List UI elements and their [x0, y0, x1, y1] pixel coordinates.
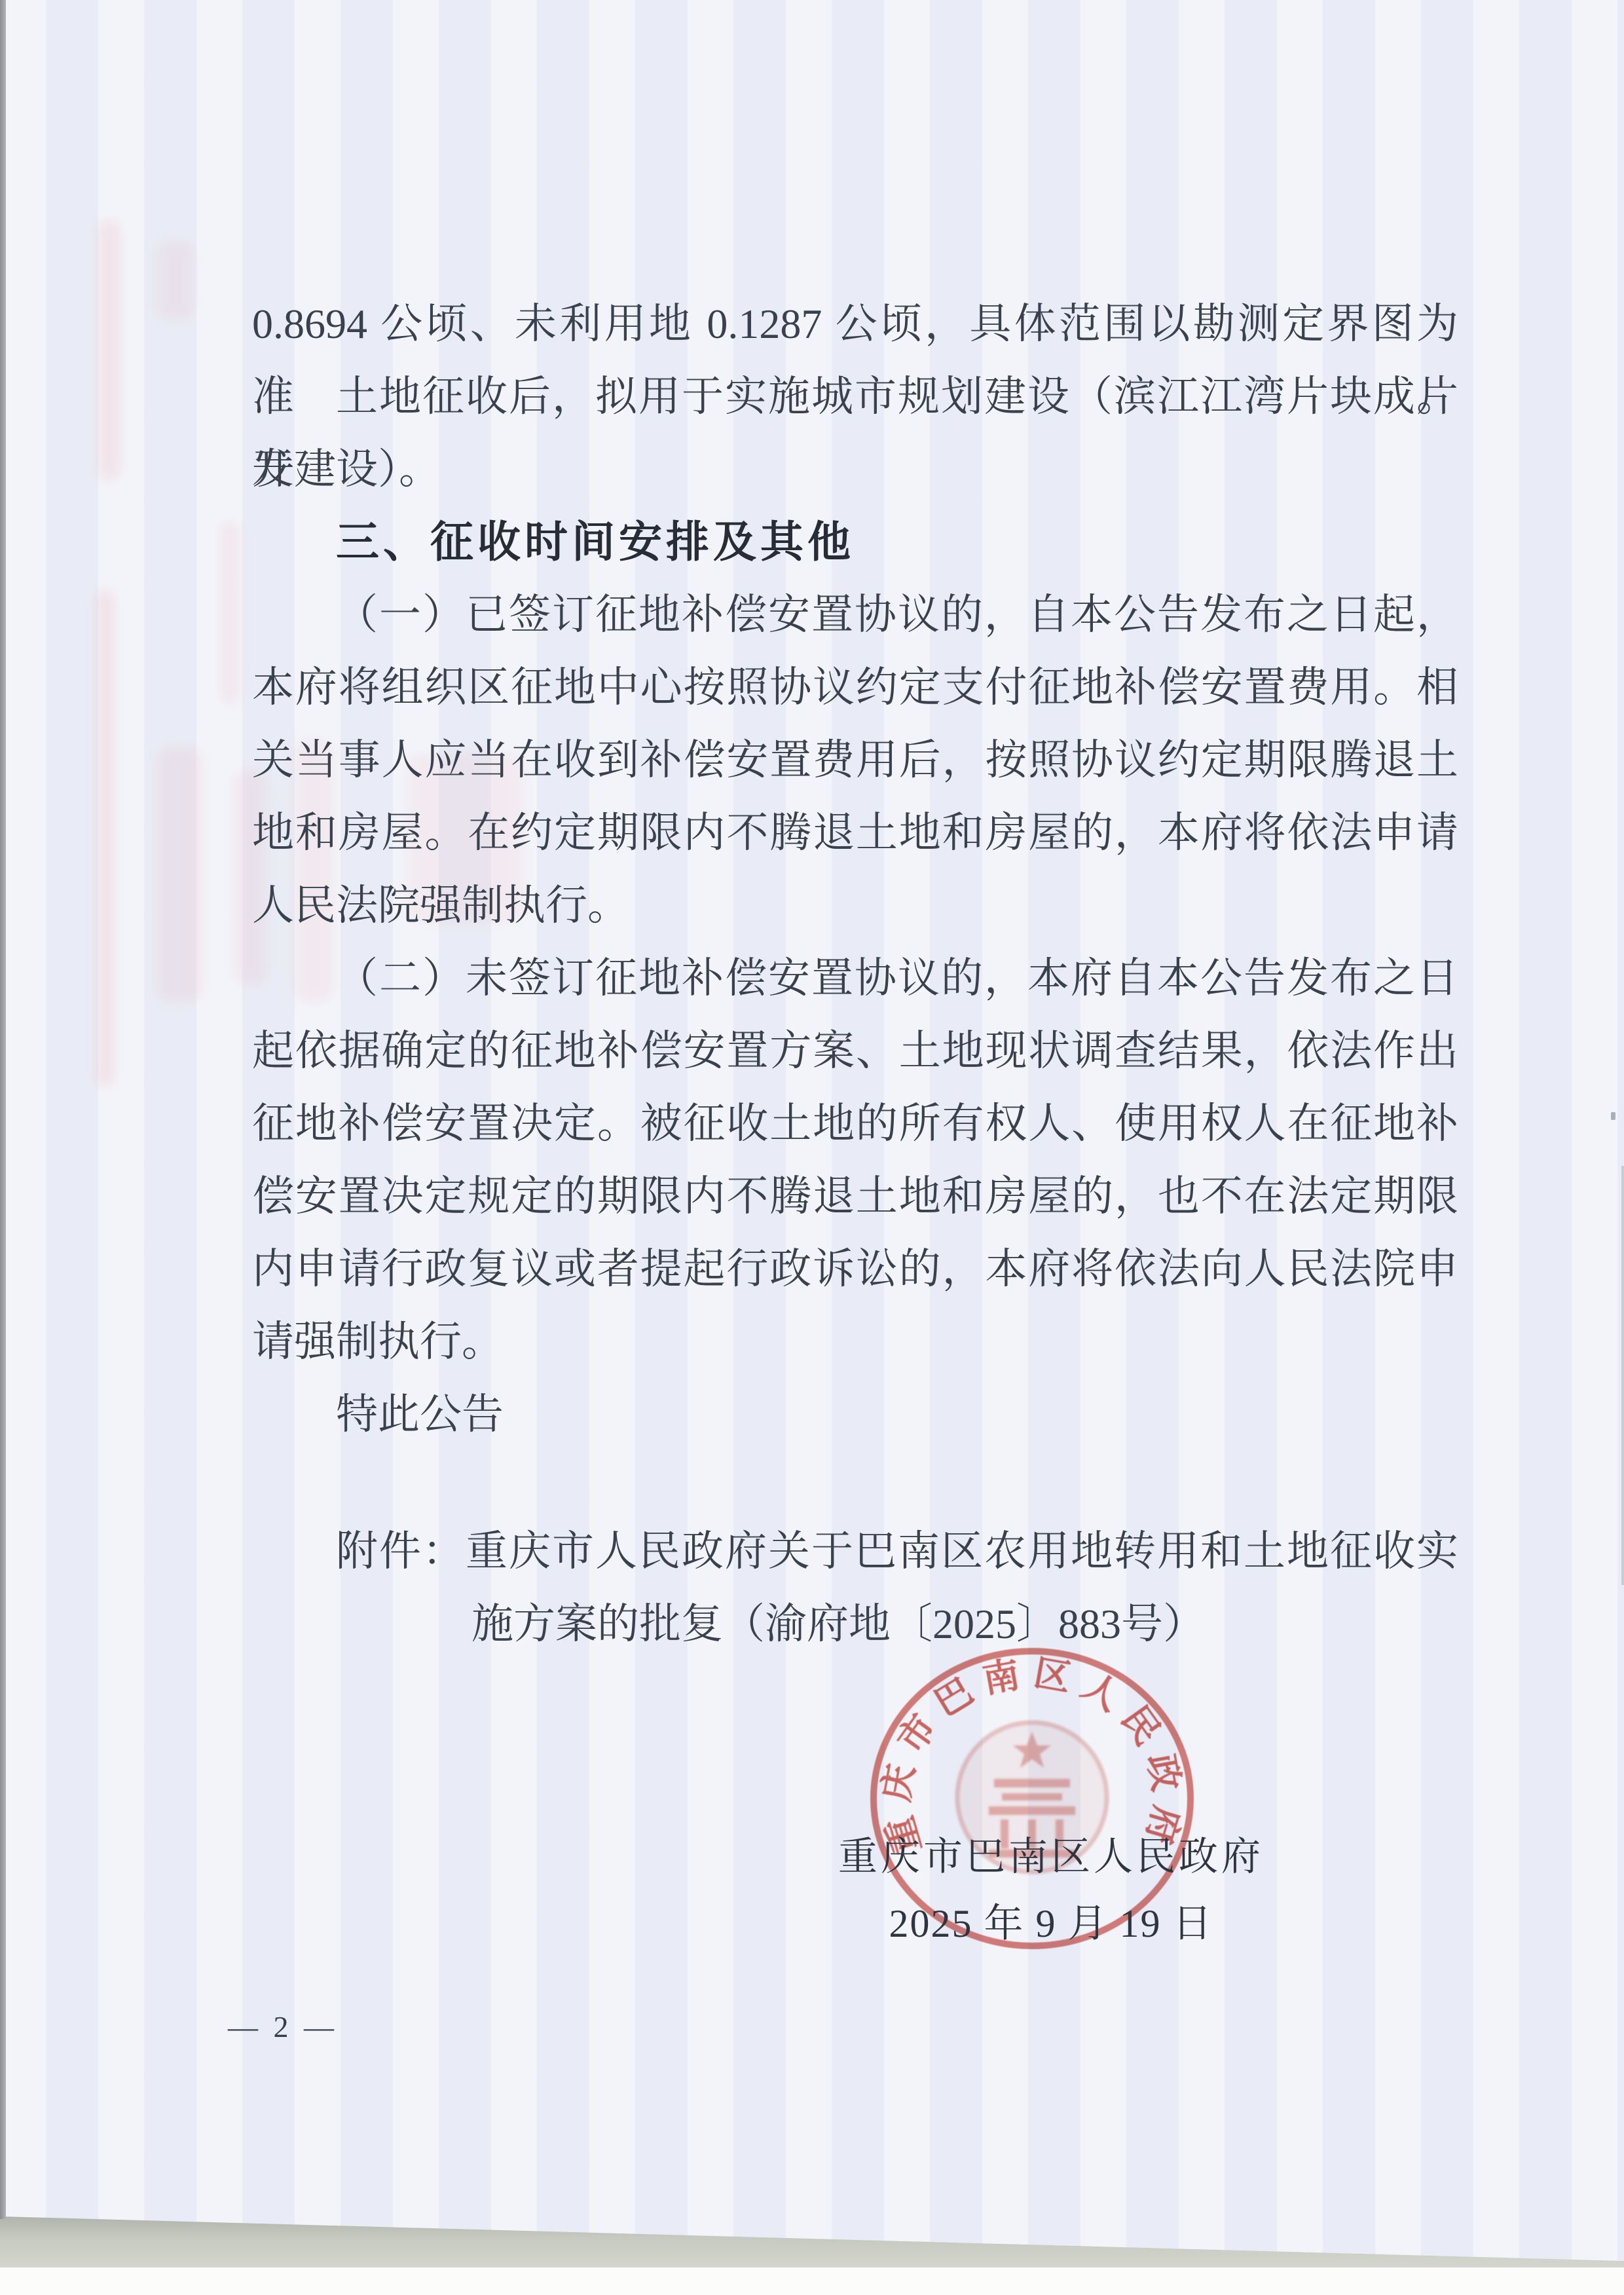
body-line: 内申请行政复议或者提起行政诉讼的，本府将依法向人民法院申 — [252, 1233, 1458, 1305]
body-line: （二）未签订征地补偿安置协议的，本府自本公告发布之日 — [252, 942, 1458, 1015]
body-line — [252, 1451, 1458, 1515]
body-line: 请强制执行。 — [252, 1305, 1458, 1378]
body-line: 土地征收后，拟用于实施城市规划建设（滨江江湾片块成片开 — [252, 360, 1458, 433]
body-line: 本府将组织区征地中心按照协议约定支付征地补偿安置费用。相 — [252, 651, 1458, 724]
ink-bleed-mark — [97, 589, 114, 1087]
body-line: 施方案的批复（渝府地〔2025〕883号） — [252, 1588, 1458, 1660]
body-line: 地和房屋。在约定期限内不腾退土地和房屋的，本府将依法申请 — [252, 796, 1458, 869]
body-line: 人民法院强制执行。 — [252, 869, 1458, 942]
ink-bleed-mark — [156, 241, 195, 320]
ink-bleed-mark — [157, 747, 203, 1002]
body-line: 附件：重庆市人民政府关于巴南区农用地转用和土地征收实 — [252, 1515, 1458, 1588]
ink-bleed-mark — [221, 521, 238, 704]
body-line: 征地补偿安置决定。被征收土地的所有权人、使用权人在征地补 — [252, 1087, 1458, 1160]
body-line: 偿安置决定规定的期限内不腾退土地和房屋的，也不在法定期限 — [252, 1160, 1458, 1233]
scanned-page: 重庆市巴南区人民政府 0.8694 公顷、未利用地 0.1287 公顷，具体范围… — [0, 0, 1624, 2295]
scanner-left-edge — [0, 0, 6, 2219]
scanner-bottom-strip — [0, 2267, 1624, 2295]
body-line: 特此公告 — [252, 1378, 1458, 1451]
body-line: 三、征收时间安排及其他 — [252, 506, 1458, 578]
body-line: 0.8694 公顷、未利用地 0.1287 公顷，具体范围以勘测定界图为准。 — [252, 288, 1458, 360]
scanner-right-edge — [1621, 1166, 1624, 1585]
issuer-signature: 重庆市巴南区人民政府 — [815, 1822, 1287, 1892]
page-number: — 2 — — [228, 2006, 372, 2049]
body-line: 关当事人应当在收到补偿安置费用后，按照协议约定期限腾退土 — [252, 724, 1458, 796]
body-line: （一）已签订征地补偿安置协议的，自本公告发布之日起， — [252, 578, 1458, 651]
ink-bleed-mark — [98, 219, 120, 481]
body-line: 发建设）。 — [252, 433, 1458, 506]
document-body: 0.8694 公顷、未利用地 0.1287 公顷，具体范围以勘测定界图为准。土地… — [252, 288, 1458, 1660]
scan-artifact-speck — [1611, 1112, 1615, 1120]
issue-date: 2025 年 9 月 19 日 — [815, 1889, 1287, 1958]
body-line: 起依据确定的征地补偿安置方案、土地现状调查结果，依法作出 — [252, 1015, 1458, 1087]
